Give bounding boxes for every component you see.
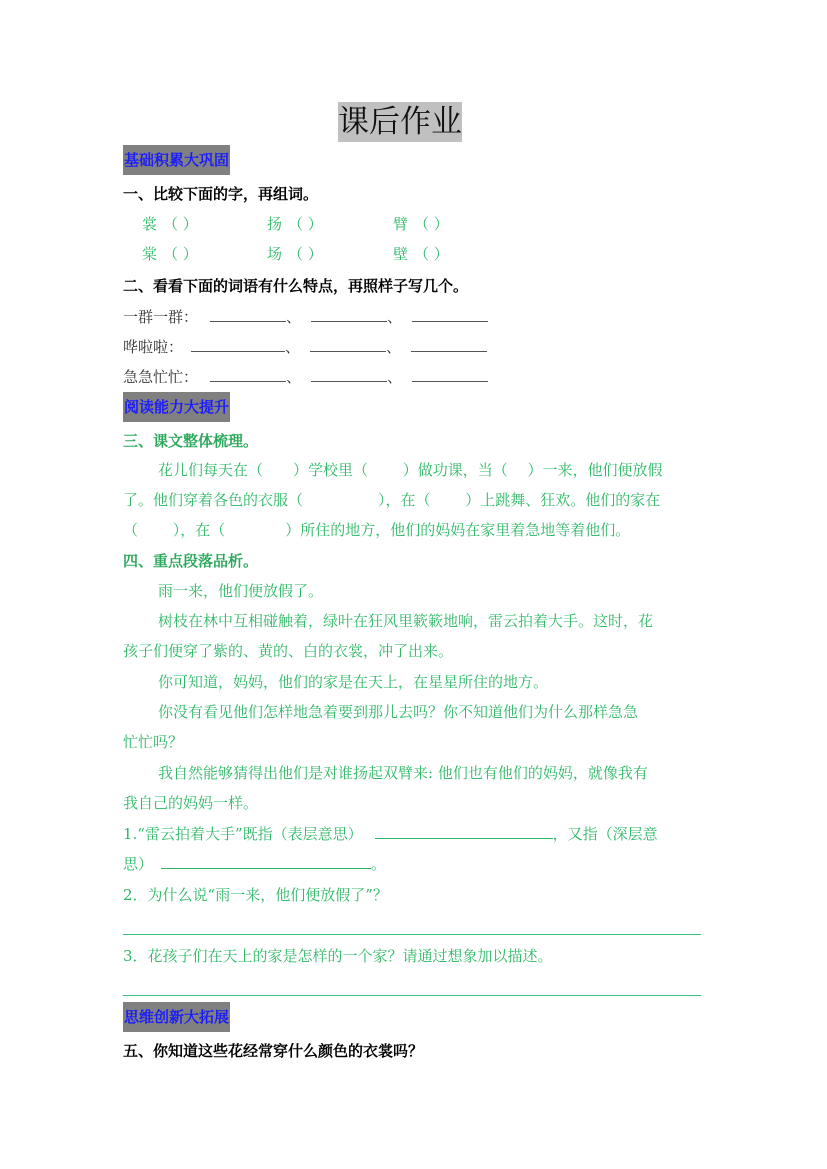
question-4-heading: 四、重点段落品析。 [123,550,258,571]
passage-line: 忙忙吗？ [123,731,183,752]
answer-line-sub3[interactable] [123,995,701,996]
q2-row-3: 急急忙忙：、、 [123,366,488,387]
q1-item-2-3: 壁（ ） [393,243,449,264]
sub1-prompt-cont: ，又指（深层意 [553,825,658,843]
passage-line: 雨一来，他们便放假了。 [158,580,323,601]
q1-char: 场 [267,245,282,263]
q1-item-1-2: 扬（ ） [267,213,323,234]
q1-char: 裳 [142,215,157,233]
separator: 、 [387,308,402,326]
q4-sub1-line2: 思）。 [123,853,386,874]
section-header-creative: 思维创新大拓展 [123,1002,230,1032]
answer-blank[interactable] [191,337,285,352]
q3-line-1: 花儿们每天在（ ）学校里（ ）做功课，当（ ）一来，他们便放假 [158,459,663,480]
answer-blank[interactable] [210,307,286,322]
passage-line: 树枝在林中互相碰触着，绿叶在狂风里簌簌地响，雷云拍着大手。这时，花 [158,610,653,631]
answer-blank-deep-meaning[interactable] [161,854,371,869]
q2-row-1: 一群一群：、、 [123,306,488,327]
q4-sub3: 3．花孩子们在天上的家是怎样的一个家？请通过想象加以描述。 [123,945,553,966]
q1-paren[interactable]: （ ） [163,215,198,233]
q1-char: 棠 [142,245,157,263]
separator: 、 [286,308,301,326]
page-title: 课后作业 [338,102,462,142]
question-2-heading: 二、看看下面的词语有什么特点，再照样子写几个。 [123,275,468,296]
passage-line: 你没有看见他们怎样地急着要到那儿去吗？你不知道他们为什么那样急急 [158,701,638,722]
answer-line-sub2[interactable] [123,934,701,935]
answer-blank[interactable] [311,367,387,382]
q2-row-2: 哗啦啦：、、 [123,336,487,357]
passage-line: 我自然能够猜得出他们是对谁扬起双臂来: 他们也有他们的妈妈，就像我有 [158,762,648,783]
q3-line-3: （ ），在（ ）所住的地方，他们的妈妈在家里着急地等着他们。 [123,519,630,540]
section-header-reading: 阅读能力大提升 [123,392,230,422]
q1-item-1-1: 裳（ ） [142,213,198,234]
worksheet-page: 课后作业 基础积累大巩固 一、比较下面的字，再组词。 裳（ ） 扬（ ） 臂（ … [0,0,827,1169]
q2-row-label: 哗啦啦： [123,338,183,356]
answer-blank[interactable] [412,367,488,382]
answer-blank[interactable] [310,337,386,352]
question-1-heading: 一、比较下面的字，再组词。 [123,183,318,204]
sub1-prompt: 1.“雷云拍着大手”既指（表层意思） [123,825,363,843]
q1-paren[interactable]: （ ） [288,215,323,233]
answer-blank[interactable] [411,337,487,352]
answer-blank[interactable] [412,307,488,322]
separator: 、 [386,338,401,356]
question-3-heading: 三、课文整体梳理。 [123,430,258,451]
separator: 、 [286,368,301,386]
q3-line-2: 了。他们穿着各色的衣服（ ），在（ ）上跳舞、狂欢。他们的家在 [123,489,660,510]
answer-blank[interactable] [311,307,387,322]
period: 。 [371,855,386,873]
q1-paren[interactable]: （ ） [414,215,449,233]
passage-line: 我自己的妈妈一样。 [123,792,258,813]
question-5-heading: 五、你知道这些花经常穿什么颜色的衣裳吗？ [123,1040,423,1061]
passage-line: 孩子们便穿了紫的、黄的、白的衣裳，冲了出来。 [123,640,453,661]
q1-item-2-1: 棠（ ） [142,243,198,264]
separator: 、 [285,338,300,356]
q1-char: 臂 [393,215,408,233]
separator: 、 [387,368,402,386]
q1-paren[interactable]: （ ） [163,245,198,263]
q1-item-1-3: 臂（ ） [393,213,449,234]
passage-line: 你可知道，妈妈，他们的家是在天上，在星星所住的地方。 [158,671,548,692]
q1-char: 扬 [267,215,282,233]
q2-row-label: 一群一群： [123,308,198,326]
answer-blank[interactable] [210,367,286,382]
q4-sub2: 2．为什么说“雨一来，他们便放假了”？ [123,884,388,905]
section-header-basics: 基础积累大巩固 [123,145,230,175]
q2-row-label: 急急忙忙： [123,368,198,386]
q1-item-2-2: 场（ ） [267,243,323,264]
q1-char: 壁 [393,245,408,263]
sub1-prompt-end: 思） [123,855,153,873]
q1-paren[interactable]: （ ） [414,245,449,263]
answer-blank-surface-meaning[interactable] [375,824,553,839]
q4-sub1-line1: 1.“雷云拍着大手”既指（表层意思），又指（深层意 [123,823,658,844]
q1-paren[interactable]: （ ） [288,245,323,263]
